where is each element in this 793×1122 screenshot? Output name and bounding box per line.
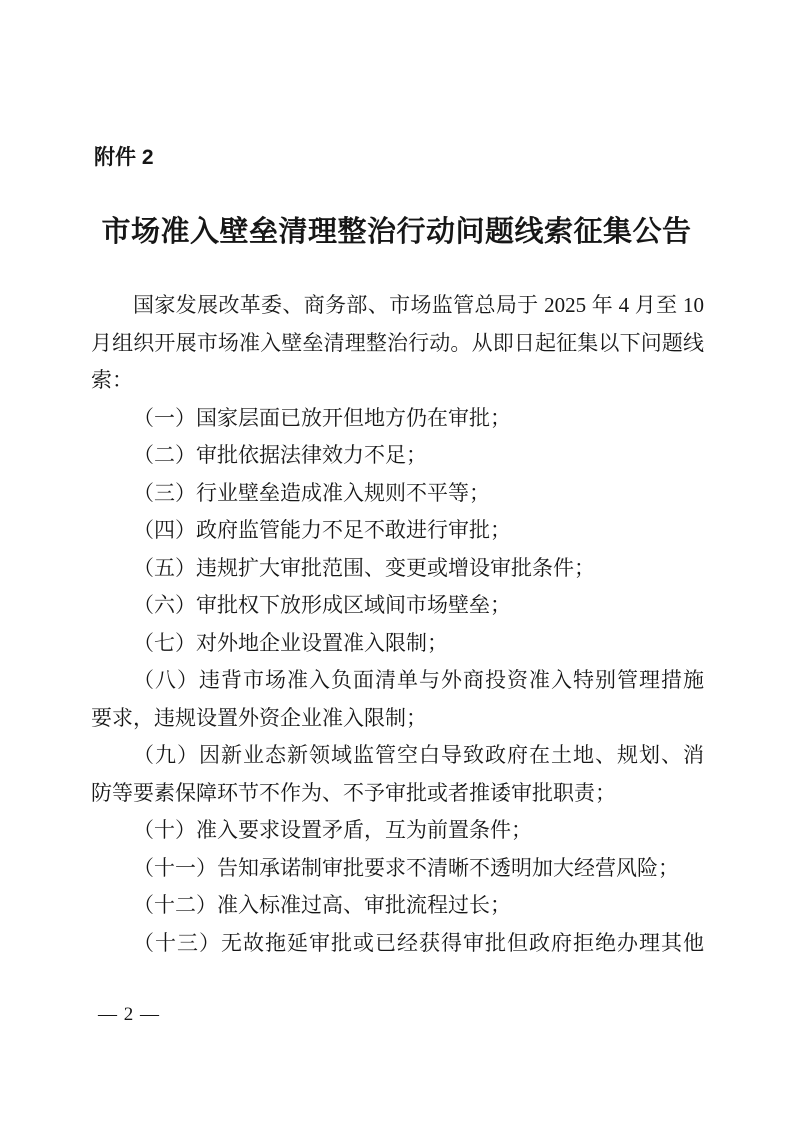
body-line: （七）对外地企业设置准入限制； <box>91 625 704 663</box>
document-body: 国家发展改革委、商务部、市场监管总局于 2025 年 4 月至 10月组织开展市… <box>91 287 704 962</box>
body-line: （八）违背市场准入负面清单与外商投资准入特别管理措施 <box>91 662 704 700</box>
body-line: 国家发展改革委、商务部、市场监管总局于 2025 年 4 月至 10 <box>91 287 704 325</box>
document-page: 附件 2 市场准入壁垒清理整治行动问题线索征集公告 国家发展改革委、商务部、市场… <box>0 0 793 1122</box>
body-line: 防等要素保障环节不作为、不予审批或者推诿审批职责； <box>91 775 704 813</box>
page-number: — 2 — <box>98 1001 160 1029</box>
body-line: （十）准入要求设置矛盾，互为前置条件； <box>91 812 704 850</box>
body-line: （六）审批权下放形成区域间市场壁垒； <box>91 587 704 625</box>
body-line: （九）因新业态新领域监管空白导致政府在土地、规划、消 <box>91 737 704 775</box>
body-line: 要求，违规设置外资企业准入限制； <box>91 700 704 738</box>
body-line: （十一）告知承诺制审批要求不清晰不透明加大经营风险； <box>91 850 704 888</box>
body-line: （二）审批依据法律效力不足； <box>91 437 704 475</box>
document-title: 市场准入壁垒清理整治行动问题线索征集公告 <box>60 212 733 252</box>
body-line: （十三）无故拖延审批或已经获得审批但政府拒绝办理其他 <box>91 925 704 963</box>
attachment-label: 附件 2 <box>94 144 154 172</box>
body-line: （五）违规扩大审批范围、变更或增设审批条件； <box>91 550 704 588</box>
body-line: （一）国家层面已放开但地方仍在审批； <box>91 400 704 438</box>
body-line: 月组织开展市场准入壁垒清理整治行动。从即日起征集以下问题线 <box>91 325 704 363</box>
body-line: （三）行业壁垒造成准入规则不平等； <box>91 475 704 513</box>
body-line: 索： <box>91 362 704 400</box>
body-line: （四）政府监管能力不足不敢进行审批； <box>91 512 704 550</box>
body-line: （十二）准入标准过高、审批流程过长； <box>91 887 704 925</box>
